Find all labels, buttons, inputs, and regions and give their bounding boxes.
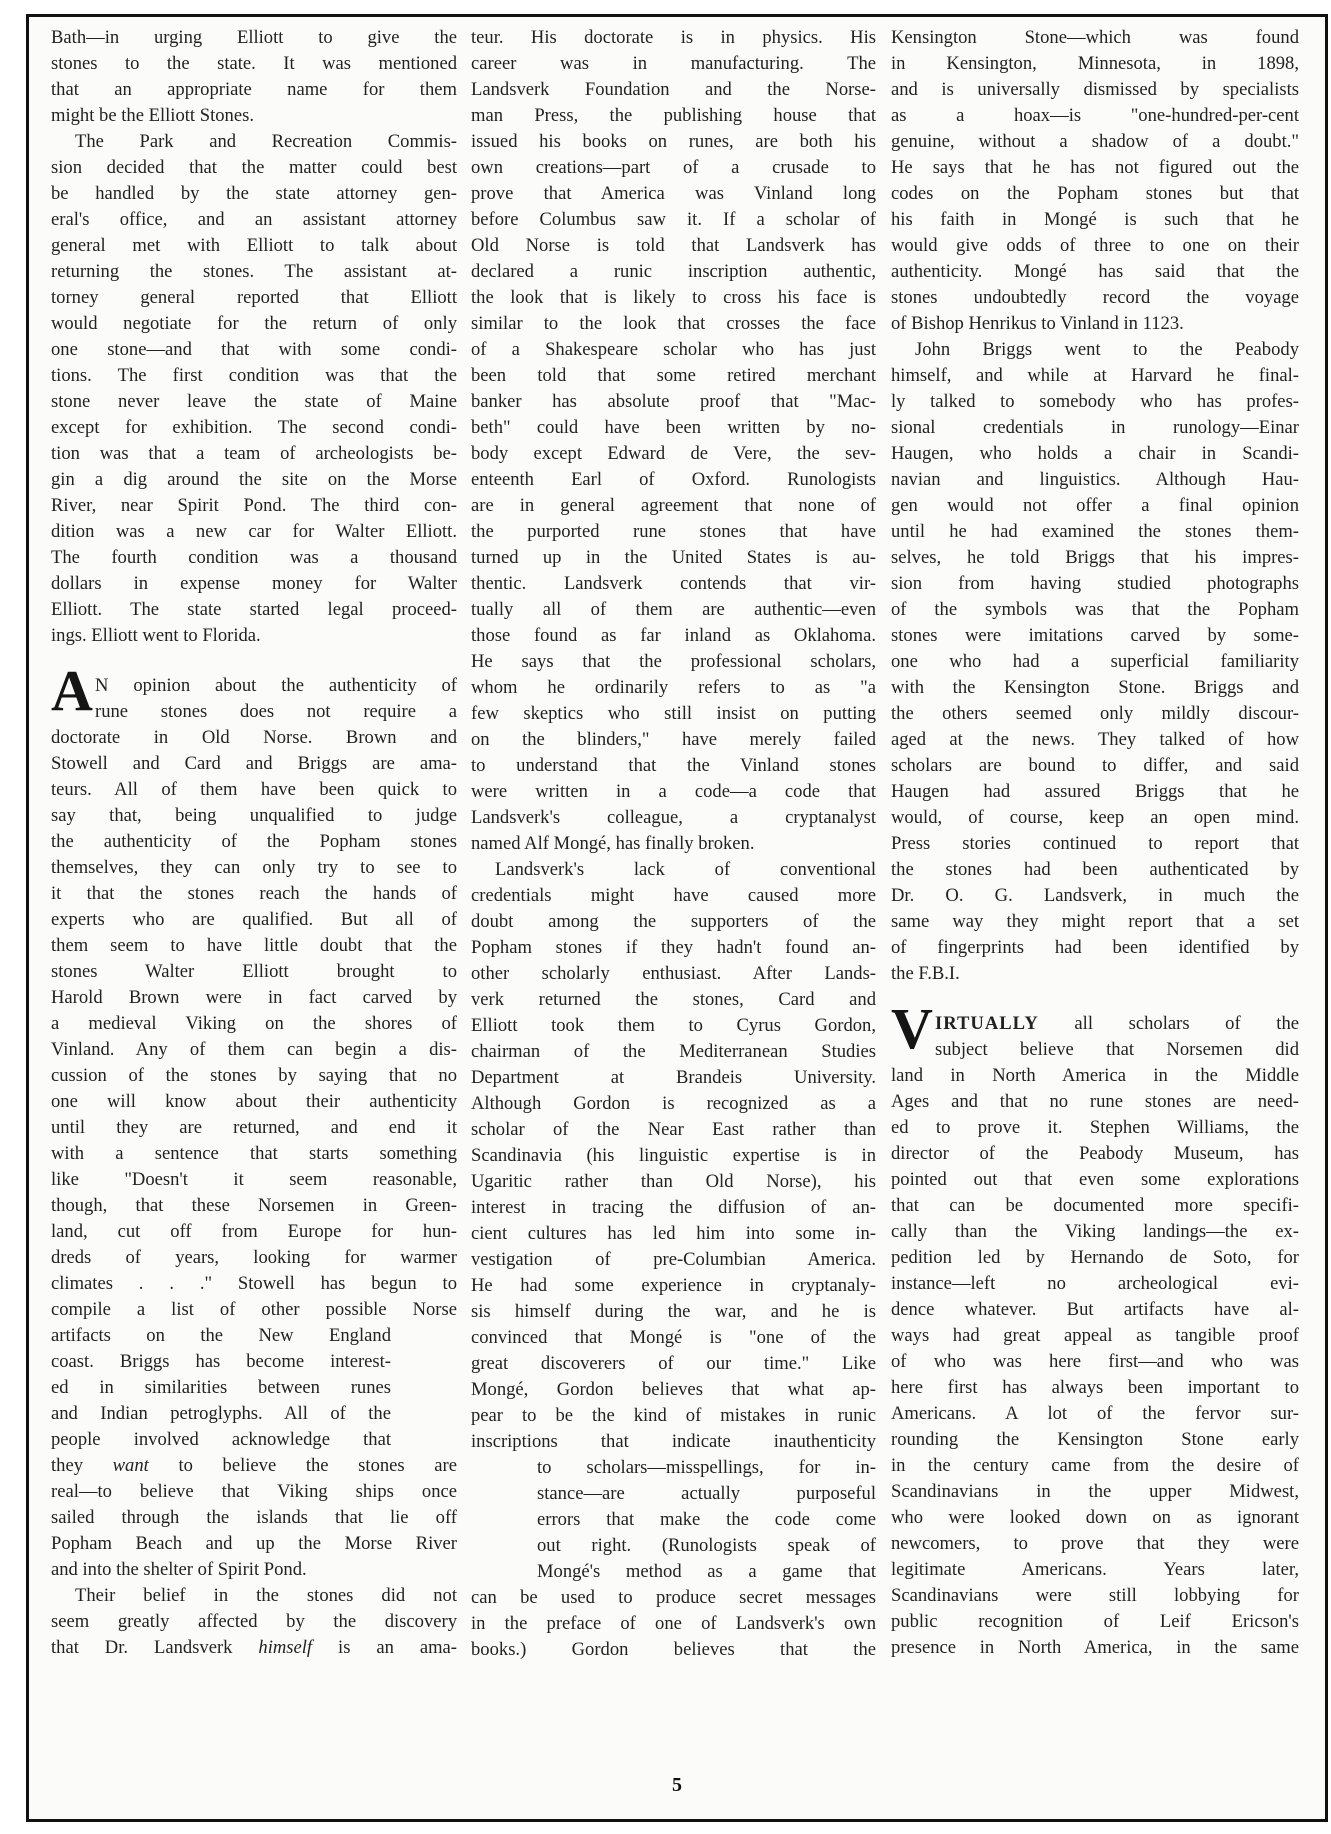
text-line: and into the shelter of Spirit Pond. [51,1557,457,1583]
magazine-page: ABath—in urging Elliott to give thestone… [26,14,1328,1822]
drop-cap: A [51,665,93,717]
text-line: to scholars—misspellings, for in- [537,1455,876,1481]
text-line: that Dr. Landsverk himself is an ama- [51,1635,457,1661]
text-line: except for exhibition. The second condi- [51,415,457,441]
text-line: the look that is likely to cross his fac… [471,285,876,311]
text-line: before Columbus saw it. If a scholar of [471,207,876,233]
text-line: be handled by the state attorney gen- [51,181,457,207]
text-line: codes on the Popham stones but that [891,181,1299,207]
text-line: were written in a code—a code that [471,779,876,805]
text-line: might be the Elliott Stones. [51,103,457,129]
text-line: whom he ordinarily refers to as "a [471,675,876,701]
text-line: presence in North America, in the same [891,1635,1299,1661]
text-line: John Briggs went to the Peabody [891,337,1299,363]
text-line: Scandinavians in the upper Midwest, [891,1479,1299,1505]
text-line: doctorate in Old Norse. Brown and [51,725,457,751]
drop-cap: V [891,1003,933,1055]
text-line: authenticity. Mongé has said that the [891,259,1299,285]
text-line: stones undoubtedly record the voyage [891,285,1299,311]
text-line: N opinion about the authenticity of [95,673,457,699]
text-line: eral's office, and an assistant attorney [51,207,457,233]
text-line: the F.B.I. [891,961,1299,987]
text-line: of fingerprints had been identified by [891,935,1299,961]
text-line: land in North America in the Middle [891,1063,1299,1089]
text-line: that can be documented more specifi- [891,1193,1299,1219]
text-line: the stones had been authenticated by [891,857,1299,883]
text-line: teurs. All of them have been quick to [51,777,457,803]
text-line: Although Gordon is recognized as a [471,1091,876,1117]
text-line: enteenth Earl of Oxford. Runologists [471,467,876,493]
text-line: named Alf Mongé, has finally broken. [471,831,876,857]
text-line: to understand that the Vinland stones [471,753,876,779]
text-line: books.) Gordon believes that the [471,1637,876,1663]
text-line: real—to believe that Viking ships once [51,1479,457,1505]
text-line: newcomers, to prove that they were [891,1531,1299,1557]
text-line: ways had great appeal as tangible proof [891,1323,1299,1349]
text-line: issued his books on runes, are both his [471,129,876,155]
text-line: until they are returned, and end it [51,1115,457,1141]
text-line: Vinland. Any of them can begin a dis- [51,1037,457,1063]
text-line: Old Norse is told that Landsverk has [471,233,876,259]
text-line: Haugen had assured Briggs that he [891,779,1299,805]
text-line: scholars are bound to differ, and said [891,753,1299,779]
text-line: they want to believe the stones are [51,1453,457,1479]
text-line: of the symbols was that the Popham [891,597,1299,623]
text-line: tions. The first condition was that the [51,363,457,389]
text-line: the authenticity of the Popham stones [51,829,457,855]
text-line: dence whatever. But artifacts have al- [891,1297,1299,1323]
text-line: sional credentials in runology—Einar [891,415,1299,441]
text-line: in Kensington, Minnesota, in 1898, [891,51,1299,77]
text-line: Department at Brandeis University. [471,1065,876,1091]
text-line: here first has always been important to [891,1375,1299,1401]
text-line: it that the stones reach the hands of [51,881,457,907]
text-line: Harold Brown were in fact carved by [51,985,457,1011]
text-line: errors that make the code come [537,1507,876,1533]
text-line: credentials might have caused more [471,883,876,909]
text-line: career was in manufacturing. The [471,51,876,77]
text-line: He had some experience in cryptanaly- [471,1273,876,1299]
text-line: banker has absolute proof that "Mac- [471,389,876,415]
text-line: great discoverers of our time." Like [471,1351,876,1377]
text-line: of Bishop Henrikus to Vinland in 1123. [891,311,1299,337]
text-line: pear to be the kind of mistakes in runic [471,1403,876,1429]
text-line: ed to prove it. Stephen Williams, the [891,1115,1299,1141]
text-line: stone never leave the state of Maine [51,389,457,415]
text-line: themselves, they can only try to see to [51,855,457,881]
text-line: Landsverk's lack of conventional [471,857,876,883]
text-line: Landsverk Foundation and the Norse- [471,77,876,103]
text-line: and Indian petroglyphs. All of the [51,1401,391,1427]
text-line: ed in similarities between runes [51,1375,391,1401]
text-line: would, of course, keep an open mind. [891,805,1299,831]
text-line: stance—are actually purposeful [537,1481,876,1507]
text-line: Landsverk's colleague, a cryptanalyst [471,805,876,831]
text-line: been told that some retired merchant [471,363,876,389]
text-line: climates . . ." Stowell has begun to [51,1271,457,1297]
text-line: cient cultures has led him into some in- [471,1221,876,1247]
text-line: Ages and that no rune stones are need- [891,1089,1299,1115]
text-line: in the century came from the desire of [891,1453,1299,1479]
text-line: one will know about their authenticity [51,1089,457,1115]
text-line: stones to the state. It was mentioned [51,51,457,77]
text-line: torney general reported that Elliott [51,285,457,311]
text-line: out right. (Runologists speak of [537,1533,876,1559]
text-line: Popham stones if they hadn't found an- [471,935,876,961]
text-line: Popham Beach and up the Morse River [51,1531,457,1557]
text-line: of who was here first—and who was [891,1349,1299,1375]
text-line: dreds of years, looking for warmer [51,1245,457,1271]
text-line: beth" could have been written by no- [471,415,876,441]
text-line: rounding the Kensington Stone early [891,1427,1299,1453]
text-line: Haugen, who holds a chair in Scandi- [891,441,1299,467]
text-line: though, that these Norsemen in Green- [51,1193,457,1219]
text-line: Americans. A lot of the fervor sur- [891,1401,1299,1427]
text-line: artifacts on the New England [51,1323,391,1349]
text-line: other scholarly enthusiast. After Lands- [471,961,876,987]
text-line: rune stones does not require a [95,699,457,725]
text-line: aged at the news. They talked of how [891,727,1299,753]
text-line: sion decided that the matter could best [51,155,457,181]
text-line: his faith in Mongé is such that he [891,207,1299,233]
text-line: a medieval Viking on the shores of [51,1011,457,1037]
text-line: gen would not offer a final opinion [891,493,1299,519]
text-line: Mongé's method as a game that [537,1559,876,1585]
text-line: prove that America was Vinland long [471,181,876,207]
text-line: gin a dig around the site on the Morse [51,467,457,493]
text-line: people involved acknowledge that [51,1427,391,1453]
text-line: sailed through the islands that lie off [51,1505,457,1531]
page-number: 5 [29,1774,1325,1797]
text-line: cussion of the stones by saying that no [51,1063,457,1089]
text-line: ly talked to somebody who has profes- [891,389,1299,415]
text-line: convinced that Mongé is "one of the [471,1325,876,1351]
text-line: The fourth condition was a thousand [51,545,457,571]
text-line: vestigation of pre-Columbian America. [471,1247,876,1273]
text-line: director of the Peabody Museum, has [891,1141,1299,1167]
text-line: with a sentence that starts something [51,1141,457,1167]
text-line: turned up in the United States is au- [471,545,876,571]
text-line: He says that he has not figured out the [891,155,1299,181]
text-line: scholar of the Near East rather than [471,1117,876,1143]
text-line: Elliott took them to Cyrus Gordon, [471,1013,876,1039]
text-line: and is universally dismissed by speciali… [891,77,1299,103]
text-line: legitimate Americans. Years later, [891,1557,1299,1583]
text-line: Press stories continued to report that [891,831,1299,857]
text-line: like "Doesn't it seem reasonable, [51,1167,457,1193]
text-line: land, cut off from Europe for hun- [51,1219,457,1245]
text-line: chairman of the Mediterranean Studies [471,1039,876,1065]
text-line: say that, being unqualified to judge [51,803,457,829]
text-line: cally than the Viking landings—the ex- [891,1219,1299,1245]
text-line: those found as far inland as Oklahoma. [471,623,876,649]
text-line: on the blinders," have merely failed [471,727,876,753]
text-line: with the Kensington Stone. Briggs and [891,675,1299,701]
text-line: are in general agreement that none of [471,493,876,519]
text-line: sis himself during the war, and he is [471,1299,876,1325]
text-line: Mongé, Gordon believes that what ap- [471,1377,876,1403]
text-line: inscriptions that indicate inauthenticit… [471,1429,876,1455]
text-line: Their belief in the stones did not [51,1583,457,1609]
text-line: seem greatly affected by the discovery [51,1609,457,1635]
text-line: Stowell and Card and Briggs are ama- [51,751,457,777]
text-line: similar to the look that crosses the fac… [471,311,876,337]
text-line: River, near Spirit Pond. The third con- [51,493,457,519]
text-line: that an appropriate name for them [51,77,457,103]
text-line: Elliott. The state started legal proceed… [51,597,457,623]
text-line: would negotiate for the return of only [51,311,457,337]
text-line: The Park and Recreation Commis- [51,129,457,155]
text-line: tion was that a team of archeologists be… [51,441,457,467]
text-line: the purported rune stones that have [471,519,876,545]
text-line: same way they might report that a set [891,909,1299,935]
text-line: who were looked down on as ignorant [891,1505,1299,1531]
text-line: Scandinavia (his linguistic expertise is… [471,1143,876,1169]
text-line: own creations—part of a crusade to [471,155,876,181]
text-line: until he had examined the stones them- [891,519,1299,545]
text-line: them seem to have little doubt that the [51,933,457,959]
text-line: stones Walter Elliott brought to [51,959,457,985]
text-line: pointed out that even some explorations [891,1167,1299,1193]
text-line: ings. Elliott went to Florida. [51,623,457,649]
text-line: would give odds of three to one on their [891,233,1299,259]
text-line: verk returned the stones, Card and [471,987,876,1013]
text-line: can be used to produce secret messages [471,1585,876,1611]
text-line: himself, and while at Harvard he final- [891,363,1299,389]
text-line: the others seemed only mildly discour- [891,701,1299,727]
text-line: Ugaritic rather than Old Norse), his [471,1169,876,1195]
text-line: compile a list of other possible Norse [51,1297,457,1323]
text-line: interest in tracing the diffusion of an- [471,1195,876,1221]
text-line: man Press, the publishing house that [471,103,876,129]
text-line: coast. Briggs has become interest- [51,1349,391,1375]
text-line: instance—left no archeological evi- [891,1271,1299,1297]
text-line: one who had a superficial familiarity [891,649,1299,675]
text-line: thentic. Landsverk contends that vir- [471,571,876,597]
text-line: experts who are qualified. But all of [51,907,457,933]
text-line: Dr. O. G. Landsverk, in much the [891,883,1299,909]
text-line: IRTUALLY all scholars of the [935,1011,1299,1037]
text-line: doubt among the supporters of the [471,909,876,935]
text-line: pedition led by Hernando de Soto, for [891,1245,1299,1271]
text-line: sion from having studied photographs [891,571,1299,597]
text-line: body except Edward de Vere, the sev- [471,441,876,467]
text-line: as a hoax—is "one-hundred-per-cent [891,103,1299,129]
text-line: subject believe that Norsemen did [935,1037,1299,1063]
text-line: returning the stones. The assistant at- [51,259,457,285]
text-line: tually all of them are authentic—even [471,597,876,623]
text-line: He says that the professional scholars, [471,649,876,675]
text-line: general met with Elliott to talk about [51,233,457,259]
text-line: Kensington Stone—which was found [891,25,1299,51]
text-line: teur. His doctorate is in physics. His [471,25,876,51]
text-line: Bath—in urging Elliott to give the [51,25,457,51]
text-line: genuine, without a shadow of a doubt." [891,129,1299,155]
text-line: one stone—and that with some condi- [51,337,457,363]
text-line: dollars in expense money for Walter [51,571,457,597]
text-line: few skeptics who still insist on putting [471,701,876,727]
text-line: in the preface of one of Landsverk's own [471,1611,876,1637]
text-line: of a Shakespeare scholar who has just [471,337,876,363]
text-line: declared a runic inscription authentic, [471,259,876,285]
text-line: Scandinavians were still lobbying for [891,1583,1299,1609]
text-line: stones were imitations carved by some- [891,623,1299,649]
text-line: public recognition of Leif Ericson's [891,1609,1299,1635]
text-line: dition was a new car for Walter Elliott. [51,519,457,545]
text-line: selves, he told Briggs that his impres- [891,545,1299,571]
text-line: navian and linguistics. Although Hau- [891,467,1299,493]
